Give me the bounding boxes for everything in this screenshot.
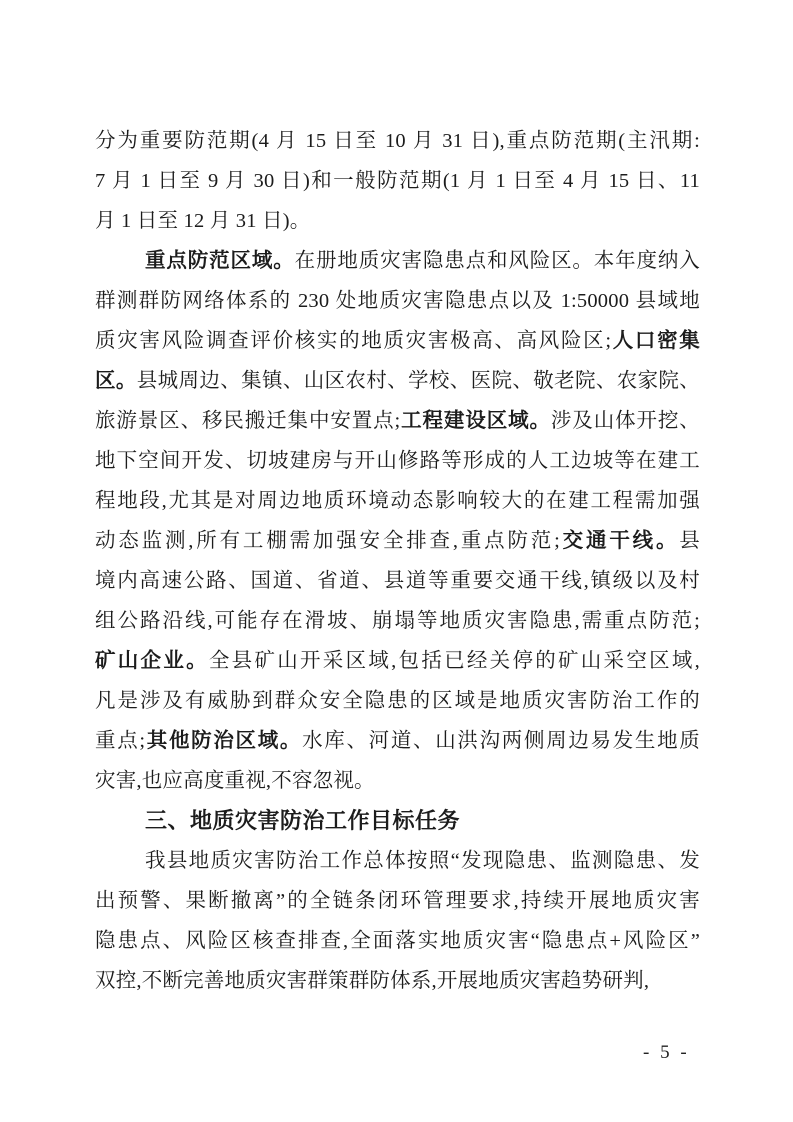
- page-number: - 5 -: [643, 1042, 690, 1064]
- text-run: 旅游景区、移民搬迁集中安置点;: [95, 410, 400, 432]
- text-run: 隐患点、风险区核查排查,全面落实地质灾害“隐患点+风险区”: [95, 930, 700, 952]
- text-line: 分为重要防范期(4 月 15 日至 10 月 31 日),重点防范期(主汛期:: [95, 121, 700, 161]
- document-page: 分为重要防范期(4 月 15 日至 10 月 31 日),重点防范期(主汛期:7…: [0, 0, 793, 1122]
- text-line: 出预警、果断撤离”的全链条闭环管理要求,持续开展地质灾害: [95, 881, 700, 921]
- text-run: 程地段,尤其是对周边地质环境动态影响较大的在建工程需加强: [95, 490, 700, 512]
- bold-text-run: 工程建设区域。: [400, 409, 550, 432]
- text-line: 凡是涉及有威胁到群众安全隐患的区域是地质灾害防治工作的: [95, 681, 700, 721]
- text-run: 县城周边、集镇、山区农村、学校、医院、敬老院、农家院、: [137, 370, 700, 392]
- text-run: 灾害,也应高度重视,不容忽视。: [95, 770, 375, 792]
- text-line: 境内高速公路、国道、省道、县道等重要交通干线,镇级以及村: [95, 561, 700, 601]
- bold-text-run: 交通干线。: [560, 529, 679, 552]
- text-run: 涉及山体开挖、: [551, 410, 700, 432]
- text-run: 质灾害风险调查评价核实的地质灾害极高、高风险区;: [95, 330, 611, 352]
- text-line: 群测群防网络体系的 230 处地质灾害隐患点以及 1:50000 县域地: [95, 281, 700, 321]
- bold-text-run: 矿山企业。: [95, 649, 209, 672]
- text-run: 地下空间开发、切坡建房与开山修路等形成的人工边坡等在建工: [95, 450, 700, 472]
- text-line: 7 月 1 日至 9 月 30 日)和一般防范期(1 月 1 日至 4 月 15…: [95, 161, 700, 201]
- text-line: 质灾害风险调查评价核实的地质灾害极高、高风险区;人口密集: [95, 321, 700, 361]
- text-run: 组公路沿线,可能存在滑坡、崩塌等地质灾害隐患,需重点防范;: [95, 610, 700, 632]
- text-line: 我县地质灾害防治工作总体按照“发现隐患、监测隐患、发: [95, 841, 700, 881]
- text-line: 程地段,尤其是对周边地质环境动态影响较大的在建工程需加强: [95, 481, 700, 521]
- text-line: 区。县城周边、集镇、山区农村、学校、医院、敬老院、农家院、: [95, 361, 700, 401]
- text-run: 在册地质灾害隐患点和风险区。本年度纳入: [295, 250, 700, 272]
- text-run: 水库、河道、山洪沟两侧周边易发生地质: [302, 730, 700, 752]
- bold-text-run: 重点防范区域。: [145, 249, 295, 272]
- text-line: 旅游景区、移民搬迁集中安置点;工程建设区域。涉及山体开挖、: [95, 401, 700, 441]
- text-run: 境内高速公路、国道、省道、县道等重要交通干线,镇级以及村: [95, 570, 700, 592]
- text-run: 月 1 日至 12 月 31 日)。: [95, 210, 310, 232]
- text-line: 月 1 日至 12 月 31 日)。: [95, 201, 700, 241]
- text-run: 我县地质灾害防治工作总体按照“发现隐患、监测隐患、发: [145, 850, 700, 872]
- text-line: 矿山企业。全县矿山开采区域,包括已经关停的矿山采空区域,: [95, 641, 700, 681]
- bold-text-run: 三、地质灾害防治工作目标任务: [145, 808, 460, 833]
- bold-text-run: 其他防治区域。: [145, 729, 302, 752]
- text-run: 县: [679, 530, 700, 552]
- text-run: 出预警、果断撤离”的全链条闭环管理要求,持续开展地质灾害: [95, 890, 700, 912]
- section-heading: 三、地质灾害防治工作目标任务: [95, 801, 700, 841]
- text-line: 组公路沿线,可能存在滑坡、崩塌等地质灾害隐患,需重点防范;: [95, 601, 700, 641]
- document-body: 分为重要防范期(4 月 15 日至 10 月 31 日),重点防范期(主汛期:7…: [95, 121, 700, 1001]
- text-line: 灾害,也应高度重视,不容忽视。: [95, 761, 700, 801]
- text-line: 重点;其他防治区域。水库、河道、山洪沟两侧周边易发生地质: [95, 721, 700, 761]
- text-run: 双控,不断完善地质灾害群策群防体系,开展地质灾害趋势研判,: [95, 970, 649, 992]
- text-line: 动态监测,所有工棚需加强安全排查,重点防范;交通干线。县: [95, 521, 700, 561]
- text-run: 重点;: [95, 730, 145, 752]
- text-run: 群测群防网络体系的 230 处地质灾害隐患点以及 1:50000 县域地: [95, 290, 700, 312]
- text-run: 7 月 1 日至 9 月 30 日)和一般防范期(1 月 1 日至 4 月 15…: [95, 170, 700, 192]
- text-line: 重点防范区域。在册地质灾害隐患点和风险区。本年度纳入: [95, 241, 700, 281]
- text-run: 凡是涉及有威胁到群众安全隐患的区域是地质灾害防治工作的: [95, 690, 700, 712]
- bold-text-run: 区。: [95, 369, 137, 392]
- text-line: 隐患点、风险区核查排查,全面落实地质灾害“隐患点+风险区”: [95, 921, 700, 961]
- text-line: 地下空间开发、切坡建房与开山修路等形成的人工边坡等在建工: [95, 441, 700, 481]
- bold-text-run: 人口密集: [611, 329, 700, 352]
- text-line: 双控,不断完善地质灾害群策群防体系,开展地质灾害趋势研判,: [95, 961, 700, 1001]
- text-run: 动态监测,所有工棚需加强安全排查,重点防范;: [95, 530, 560, 552]
- text-run: 分为重要防范期(4 月 15 日至 10 月 31 日),重点防范期(主汛期:: [95, 130, 700, 152]
- text-run: 全县矿山开采区域,包括已经关停的矿山采空区域,: [209, 650, 700, 672]
